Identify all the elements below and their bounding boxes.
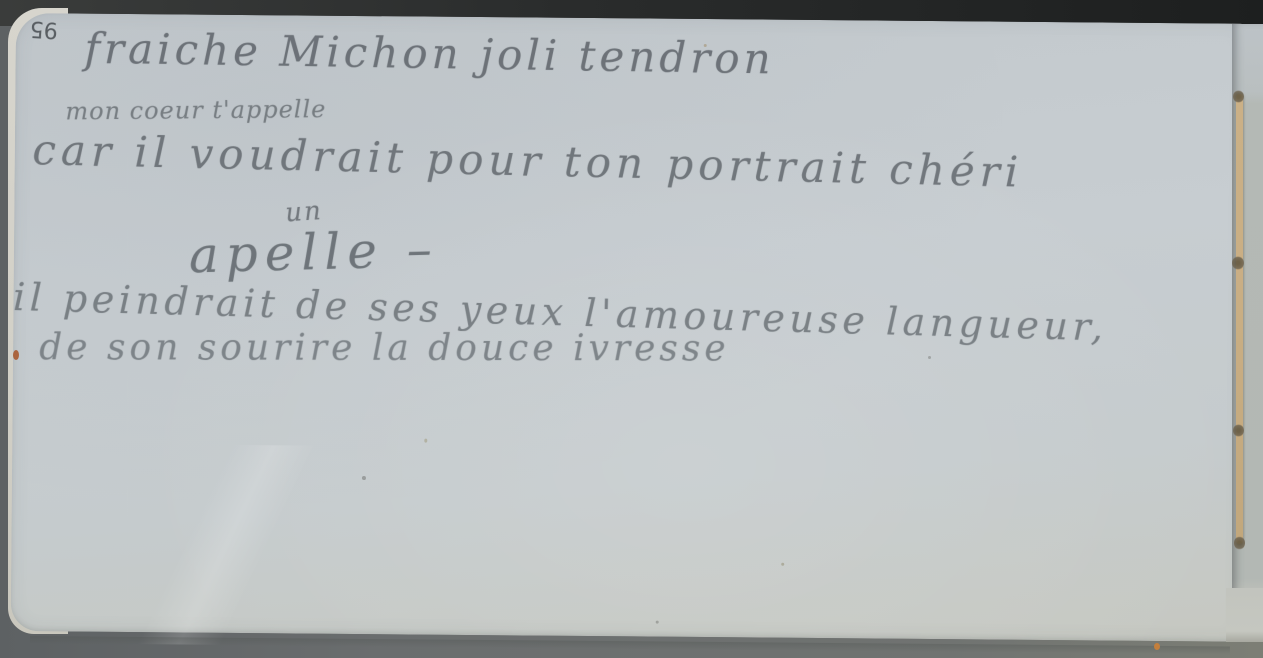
handwritten-line-4: apelle – xyxy=(188,220,439,285)
stitch-knot xyxy=(1232,256,1244,270)
stitch-knot xyxy=(1233,424,1244,437)
binding-gutter xyxy=(1232,24,1263,640)
paper-speck xyxy=(928,356,931,359)
red-stain-dot xyxy=(13,350,19,360)
stitch-knot xyxy=(1233,90,1244,103)
notebook-page: 95 fraiche Michon joli tendron mon coeur… xyxy=(11,13,1246,642)
handwritten-line-6: de son sourire la douce ivresse xyxy=(39,327,730,369)
handwritten-line-2: mon coeur t'appelle xyxy=(65,95,326,125)
orange-stain-dot xyxy=(1154,643,1160,650)
paper-crease xyxy=(11,443,443,647)
paper-speck xyxy=(704,44,707,47)
scanned-notebook-photo: 95 fraiche Michon joli tendron mon coeur… xyxy=(0,0,1263,658)
handwritten-line-3: car il voudrait pour ton portrait chéri xyxy=(32,125,1024,196)
paper-speck xyxy=(781,563,784,566)
next-page-edge xyxy=(1226,588,1263,642)
paper-speck xyxy=(424,439,427,443)
stitch-knot xyxy=(1234,536,1245,550)
paper-speck xyxy=(656,621,659,624)
page-number: 95 xyxy=(29,15,58,42)
handwritten-line-1: fraiche Michon joli tendron xyxy=(84,24,775,84)
binding-thread xyxy=(1236,94,1243,544)
paper-speck xyxy=(362,476,366,480)
